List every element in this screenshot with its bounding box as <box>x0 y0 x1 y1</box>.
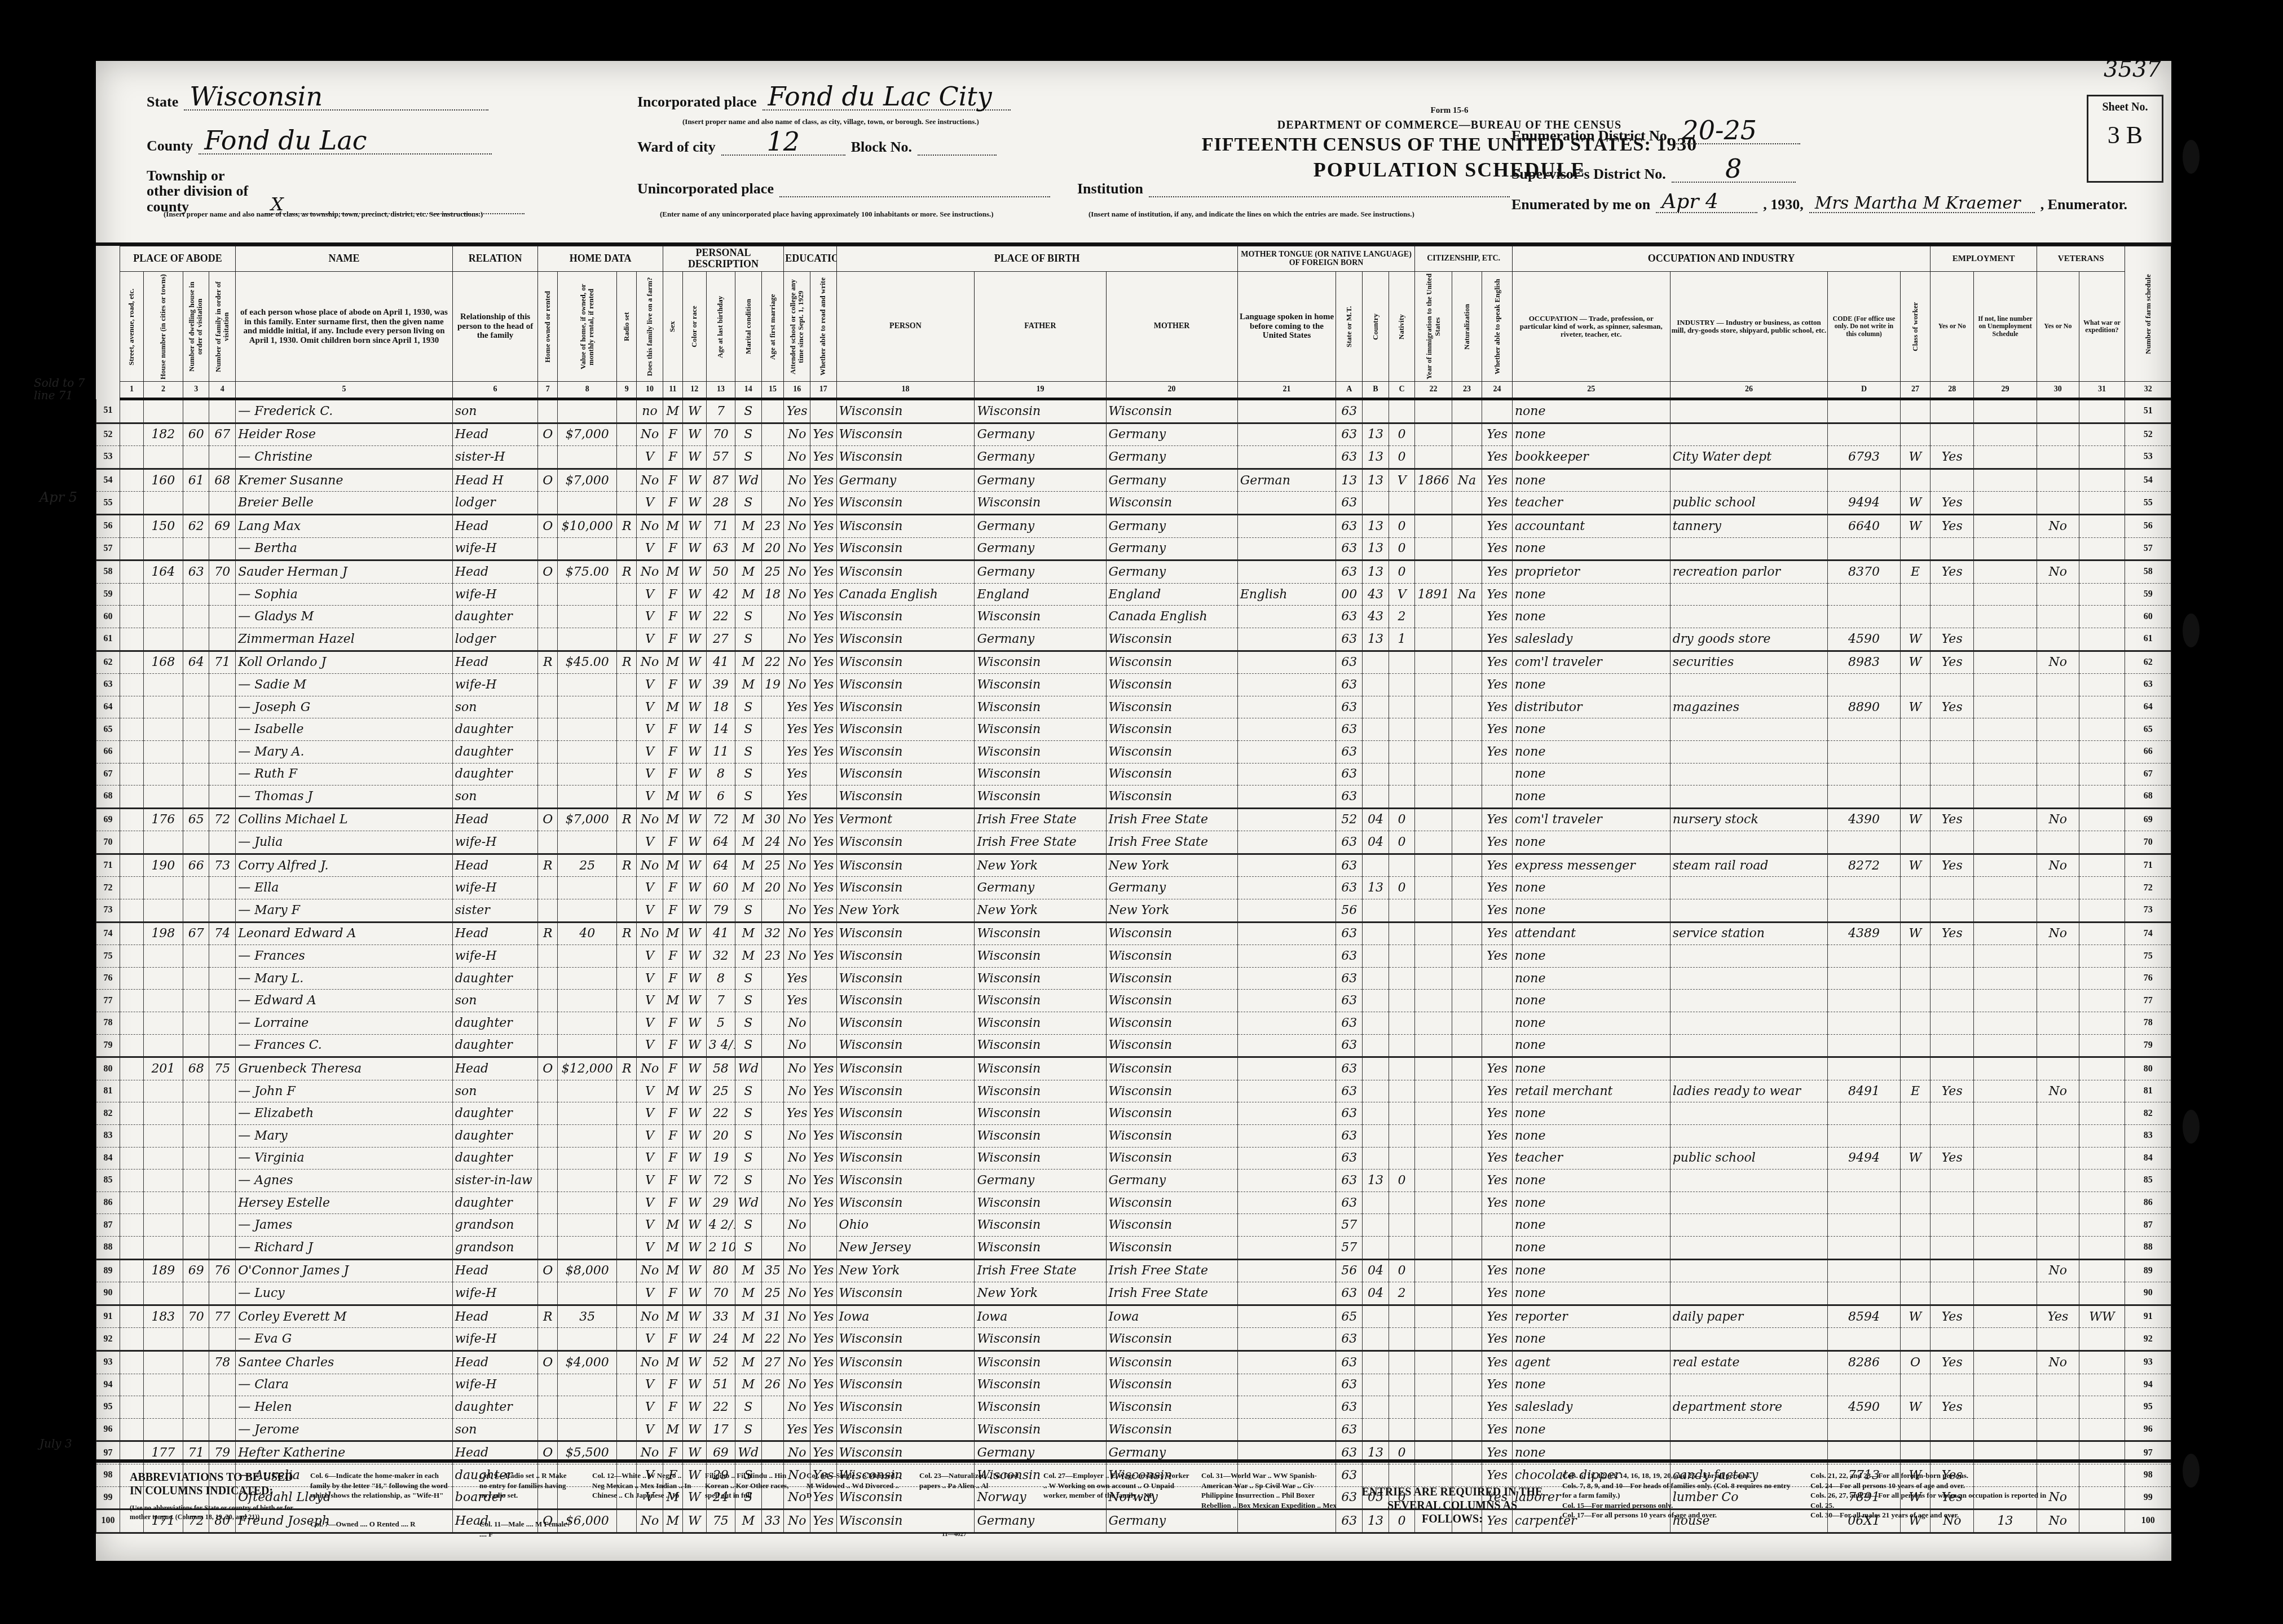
column-number: 13 <box>706 382 735 399</box>
marital-status: M <box>735 1282 762 1305</box>
attended-school: No <box>784 1259 810 1282</box>
group-citizenship: CITIZENSHIP, ETC. <box>1415 246 1512 272</box>
column-number: A <box>1336 382 1363 399</box>
age-first-marriage: 22 <box>761 651 784 674</box>
birthplace-father: Wisconsin <box>975 1034 1106 1057</box>
line-number: 51 <box>96 399 120 423</box>
relationship: son <box>452 990 538 1012</box>
age: 22 <box>706 1396 735 1419</box>
read-write: Yes <box>810 1147 836 1170</box>
occupation: none <box>1512 763 1670 785</box>
immigration-year <box>1415 399 1452 423</box>
war-expedition <box>2079 740 2125 763</box>
class-of-worker <box>1900 967 1931 990</box>
industry <box>1670 1374 1828 1396</box>
farm-schedule <box>120 446 143 469</box>
code-country: 04 <box>1363 1282 1389 1305</box>
industry: public school <box>1670 1147 1828 1170</box>
line-number: 55 <box>96 492 120 515</box>
column-number: 4 <box>209 382 236 399</box>
person-name: Breier Belle <box>236 492 453 515</box>
relationship: wife-H <box>452 537 538 561</box>
column-number: 32 <box>2125 382 2171 399</box>
home-value: $45.00 <box>558 651 617 674</box>
person-name: — Mary <box>236 1125 453 1148</box>
birthplace-person: Wisconsin <box>836 1282 975 1305</box>
mother-tongue <box>1237 492 1336 515</box>
birthplace-person: Wisconsin <box>836 537 975 561</box>
code-country <box>1363 696 1389 718</box>
person-name: Sauder Herman J <box>236 561 453 584</box>
class-of-worker <box>1900 1282 1931 1305</box>
person-name: — Agnes <box>236 1170 453 1192</box>
marital-status: S <box>735 492 762 515</box>
column-number: 6 <box>452 382 538 399</box>
birthplace-person: Wisconsin <box>836 877 975 899</box>
radio-set <box>617 1259 637 1282</box>
farm-residence: V <box>637 492 663 515</box>
code-state: 63 <box>1336 785 1363 809</box>
person-name: Corley Everett M <box>236 1305 453 1328</box>
color-race: W <box>682 1214 706 1237</box>
home-owned-rented <box>538 1012 558 1035</box>
code-nativity <box>1389 696 1415 718</box>
birthplace-father: Wisconsin <box>975 740 1106 763</box>
code-state: 63 <box>1336 990 1363 1012</box>
farm-residence: No <box>637 922 663 945</box>
mother-tongue <box>1237 1170 1336 1192</box>
attended-school: Yes <box>784 763 810 785</box>
radio-set <box>617 967 637 990</box>
marital-status: S <box>735 606 762 628</box>
house-number <box>143 1080 183 1102</box>
naturalization <box>1452 785 1482 809</box>
age-first-marriage: 19 <box>761 674 784 696</box>
birthplace-mother: Wisconsin <box>1106 1080 1237 1102</box>
occupation: saleslady <box>1512 628 1670 651</box>
header-col16: Attended school or college any time sinc… <box>784 272 810 382</box>
incorporated-label: Incorporated place <box>637 94 757 111</box>
unemployment-line <box>1974 831 2037 854</box>
occupation-code <box>1828 740 1900 763</box>
farm-residence: V <box>637 1102 663 1125</box>
dwelling-number <box>183 831 209 854</box>
radio-set <box>617 877 637 899</box>
birthplace-father: Wisconsin <box>975 967 1106 990</box>
industry <box>1670 674 1828 696</box>
code-nativity: V <box>1389 469 1415 492</box>
birthplace-mother: Wisconsin <box>1106 674 1237 696</box>
farm-schedule <box>120 561 143 584</box>
read-write: Yes <box>810 423 836 446</box>
farm-schedule <box>120 423 143 446</box>
code-state: 57 <box>1336 1214 1363 1237</box>
family-number: 72 <box>209 808 236 831</box>
age: 18 <box>706 696 735 718</box>
class-of-worker: W <box>1900 628 1931 651</box>
header-col26: INDUSTRY — Industry or business, as cott… <box>1670 272 1828 382</box>
class-of-worker <box>1900 877 1931 899</box>
naturalization <box>1452 854 1482 877</box>
class-of-worker: W <box>1900 808 1931 831</box>
code-nativity <box>1389 1080 1415 1102</box>
color-race: W <box>682 446 706 469</box>
speaks-english: Yes <box>1482 1351 1513 1374</box>
code-nativity: 0 <box>1389 1170 1415 1192</box>
veteran <box>2037 899 2079 923</box>
house-number: 198 <box>143 922 183 945</box>
birthplace-father: Wisconsin <box>975 1147 1106 1170</box>
line-number-right: 52 <box>2125 423 2171 446</box>
home-value <box>558 1147 617 1170</box>
home-value <box>558 537 617 561</box>
farm-residence: V <box>637 1125 663 1148</box>
code-country <box>1363 651 1389 674</box>
table-row: 68— Thomas JsonVMW6SYesWisconsinWisconsi… <box>96 785 2171 809</box>
code-state: 63 <box>1336 854 1363 877</box>
column-number: 9 <box>617 382 637 399</box>
entries-left: Cols. 6, 11, 12, 13, 14, 16, 18, 19, 20,… <box>1562 1471 1793 1520</box>
birthplace-person: Wisconsin <box>836 651 975 674</box>
at-work <box>1931 1034 1974 1057</box>
occupation-code: 6793 <box>1828 446 1900 469</box>
col23-abbrev: Col. 23—Naturalized .. Na First papers .… <box>919 1471 1026 1490</box>
industry <box>1670 967 1828 990</box>
code-nativity <box>1389 763 1415 785</box>
unemployment-line <box>1974 583 2037 606</box>
home-value <box>558 1012 617 1035</box>
read-write: Yes <box>810 514 836 537</box>
birthplace-father: Irish Free State <box>975 1259 1106 1282</box>
at-work: Yes <box>1931 1147 1974 1170</box>
header-col30: Yes or No <box>2037 272 2079 382</box>
birthplace-person: Wisconsin <box>836 1102 975 1125</box>
entries-rule-2: Cols. 7, 8, 9, and 10—For heads of famil… <box>1562 1481 1793 1501</box>
birthplace-mother: New York <box>1106 854 1237 877</box>
occupation: none <box>1512 1236 1670 1259</box>
war-expedition <box>2079 967 2125 990</box>
age: 63 <box>706 537 735 561</box>
age: 51 <box>706 1374 735 1396</box>
code-state: 63 <box>1336 1191 1363 1214</box>
occupation: none <box>1512 967 1670 990</box>
industry <box>1670 1034 1828 1057</box>
family-number <box>209 1147 236 1170</box>
industry: public school <box>1670 492 1828 515</box>
line-number: 56 <box>96 514 120 537</box>
home-value <box>558 1170 617 1192</box>
age-first-marriage <box>761 446 784 469</box>
occupation-code: 8983 <box>1828 651 1900 674</box>
age: 58 <box>706 1057 735 1080</box>
class-of-worker <box>1900 1259 1931 1282</box>
birthplace-person: Vermont <box>836 808 975 831</box>
farm-residence: V <box>637 1374 663 1396</box>
family-number <box>209 1191 236 1214</box>
immigration-year <box>1415 1305 1452 1328</box>
home-owned-rented <box>538 1102 558 1125</box>
relationship: Head <box>452 423 538 446</box>
industry: dry goods store <box>1670 628 1828 651</box>
radio-set <box>617 990 637 1012</box>
veteran <box>2037 990 2079 1012</box>
war-expedition <box>2079 446 2125 469</box>
family-number <box>209 1396 236 1419</box>
farm-schedule <box>120 492 143 515</box>
birthplace-person: Canada English <box>836 583 975 606</box>
header-col5: of each person whose place of abode on A… <box>236 272 453 382</box>
age: 2 10/12 <box>706 1236 735 1259</box>
naturalization <box>1452 1305 1482 1328</box>
unemployment-line <box>1974 990 2037 1012</box>
table-row: 88— Richard JgrandsonVMW2 10/12SNoNew Je… <box>96 1236 2171 1259</box>
home-owned-rented <box>538 1170 558 1192</box>
family-number <box>209 537 236 561</box>
birthplace-father: Wisconsin <box>975 1102 1106 1125</box>
column-number: 26 <box>1670 382 1828 399</box>
farm-residence: No <box>637 651 663 674</box>
sd-label: Supervisor's District No. <box>1511 166 1666 183</box>
marital-status: S <box>735 1236 762 1259</box>
code-nativity <box>1389 922 1415 945</box>
color-race: W <box>682 945 706 968</box>
relationship: daughter <box>452 1396 538 1419</box>
immigration-year <box>1415 1396 1452 1419</box>
code-nativity <box>1389 1214 1415 1237</box>
farm-schedule <box>120 651 143 674</box>
line-number-right: 90 <box>2125 1282 2171 1305</box>
age-first-marriage <box>761 423 784 446</box>
immigration-year <box>1415 718 1452 741</box>
veteran: No <box>2037 651 2079 674</box>
column-number: 16 <box>784 382 810 399</box>
age: 52 <box>706 1351 735 1374</box>
relationship: wife-H <box>452 1328 538 1351</box>
occupation-code <box>1828 899 1900 923</box>
group-home-data: HOME DATA <box>538 246 663 272</box>
speaks-english: Yes <box>1482 1328 1513 1351</box>
occupation-code: 8890 <box>1828 696 1900 718</box>
state-field: State Wisconsin <box>147 83 488 111</box>
home-value <box>558 785 617 809</box>
table-row: 95— HelendaughterVFW22SNoYesWisconsinWis… <box>96 1396 2171 1419</box>
unemployment-line <box>1974 606 2037 628</box>
page-stamp-number: 3537 <box>2104 56 2161 82</box>
unemployment-line <box>1974 1170 2037 1192</box>
immigration-year <box>1415 1374 1452 1396</box>
age-first-marriage <box>761 1396 784 1419</box>
color-race: W <box>682 785 706 809</box>
attended-school: No <box>784 1282 810 1305</box>
veteran <box>2037 628 2079 651</box>
occupation: none <box>1512 1214 1670 1237</box>
color-race: W <box>682 537 706 561</box>
home-value <box>558 492 617 515</box>
table-row: 73— Mary FsisterVFW79SNoYesNew YorkNew Y… <box>96 899 2171 923</box>
unemployment-line <box>1974 1034 2037 1057</box>
at-work <box>1931 945 1974 968</box>
code-state: 63 <box>1336 740 1363 763</box>
code-state: 63 <box>1336 537 1363 561</box>
home-owned-rented: O <box>538 423 558 446</box>
veteran <box>2037 1102 2079 1125</box>
color-race: W <box>682 1396 706 1419</box>
house-number <box>143 967 183 990</box>
code-nativity: 0 <box>1389 808 1415 831</box>
read-write <box>810 1012 836 1035</box>
naturalization <box>1452 1396 1482 1419</box>
immigration-year <box>1415 537 1452 561</box>
home-owned-rented: O <box>538 469 558 492</box>
dwelling-number <box>183 606 209 628</box>
occupation: teacher <box>1512 1147 1670 1170</box>
at-work <box>1931 1418 1974 1441</box>
age-first-marriage: 26 <box>761 1374 784 1396</box>
column-number: C <box>1389 382 1415 399</box>
read-write: Yes <box>810 877 836 899</box>
person-name: — Elizabeth <box>236 1102 453 1125</box>
unemployment-line <box>1974 469 2037 492</box>
birthplace-mother: Wisconsin <box>1106 1351 1237 1374</box>
speaks-english <box>1482 1214 1513 1237</box>
color-race: W <box>682 583 706 606</box>
attended-school: Yes <box>784 967 810 990</box>
home-value <box>558 696 617 718</box>
code-state: 63 <box>1336 1102 1363 1125</box>
table-row: 83— MarydaughterVFW20SNoYesWisconsinWisc… <box>96 1125 2171 1148</box>
family-number <box>209 967 236 990</box>
age-first-marriage: 25 <box>761 854 784 877</box>
column-number: 30 <box>2037 382 2079 399</box>
family-number <box>209 492 236 515</box>
sex: M <box>663 399 682 423</box>
header-col22: Year of immigration to the United States <box>1415 272 1452 382</box>
at-work <box>1931 1282 1974 1305</box>
column-number: 12 <box>682 382 706 399</box>
birthplace-person: Wisconsin <box>836 1191 975 1214</box>
unemployment-line <box>1974 399 2037 423</box>
attended-school: No <box>784 1012 810 1035</box>
read-write: Yes <box>810 606 836 628</box>
birthplace-father: Wisconsin <box>975 718 1106 741</box>
relationship: Head <box>452 1305 538 1328</box>
col27-abbrev: Col. 27—Employer .. E Wage or salary wor… <box>1043 1471 1190 1501</box>
home-value <box>558 899 617 923</box>
ed-value: 20-25 <box>1676 117 1800 144</box>
dwelling-number: 63 <box>183 561 209 584</box>
table-row: 94— Clarawife-HVFW51M26NoYesWisconsinWis… <box>96 1374 2171 1396</box>
header-col27: Class of worker <box>1900 272 1931 382</box>
attended-school: No <box>784 854 810 877</box>
birthplace-mother: Wisconsin <box>1106 1057 1237 1080</box>
attended-school: No <box>784 674 810 696</box>
farm-schedule <box>120 674 143 696</box>
attended-school: No <box>784 514 810 537</box>
home-value <box>558 1374 617 1396</box>
color-race: W <box>682 854 706 877</box>
entries-rule-5: Cols. 21, 22, and 23—For all foreign-bor… <box>1810 1471 2047 1481</box>
marital-status: S <box>735 1012 762 1035</box>
relationship: lodger <box>452 492 538 515</box>
age-first-marriage <box>761 763 784 785</box>
mother-tongue <box>1237 674 1336 696</box>
age-first-marriage: 22 <box>761 1328 784 1351</box>
table-row: 85— Agnessister-in-lawVFW72SNoYesWiscons… <box>96 1170 2171 1192</box>
family-number <box>209 1236 236 1259</box>
age: 57 <box>706 446 735 469</box>
speaks-english: Yes <box>1482 740 1513 763</box>
farm-residence: V <box>637 1396 663 1419</box>
at-work <box>1931 1214 1974 1237</box>
code-country <box>1363 740 1389 763</box>
dwelling-number <box>183 1080 209 1102</box>
group-relation: RELATION <box>452 246 538 272</box>
code-country: 13 <box>1363 537 1389 561</box>
mother-tongue <box>1237 1080 1336 1102</box>
birthplace-person: Wisconsin <box>836 1328 975 1351</box>
line-number-right: 59 <box>2125 583 2171 606</box>
industry: ladies ready to wear <box>1670 1080 1828 1102</box>
age: 8 <box>706 763 735 785</box>
age: 64 <box>706 854 735 877</box>
immigration-year <box>1415 561 1452 584</box>
immigration-year <box>1415 990 1452 1012</box>
family-number <box>209 899 236 923</box>
speaks-english: Yes <box>1482 1125 1513 1148</box>
line-number: 87 <box>96 1214 120 1237</box>
line-number: 91 <box>96 1305 120 1328</box>
code-state: 63 <box>1336 1396 1363 1419</box>
line-number-right: 96 <box>2125 1418 2171 1441</box>
birthplace-person: Wisconsin <box>836 1170 975 1192</box>
birthplace-mother: Wisconsin <box>1106 1034 1237 1057</box>
abbreviations-note: (Use no abbreviations for State or count… <box>130 1503 293 1521</box>
birthplace-mother: Wisconsin <box>1106 399 1237 423</box>
code-nativity <box>1389 854 1415 877</box>
code-country: 04 <box>1363 1259 1389 1282</box>
person-name: — Mary F <box>236 899 453 923</box>
code-nativity <box>1389 1236 1415 1259</box>
sex: F <box>663 1396 682 1419</box>
home-value <box>558 1396 617 1419</box>
family-number: 71 <box>209 651 236 674</box>
unemployment-line <box>1974 561 2037 584</box>
code-state: 63 <box>1336 1328 1363 1351</box>
line-number-right: 92 <box>2125 1328 2171 1351</box>
township-field: Township or other division of county X <box>147 168 525 214</box>
code-country: 43 <box>1363 583 1389 606</box>
sex: M <box>663 1259 682 1282</box>
birthplace-person: Wisconsin <box>836 1012 975 1035</box>
institution-value <box>1149 196 1510 197</box>
veteran: No <box>2037 854 2079 877</box>
person-name: — Frederick C. <box>236 399 453 423</box>
immigration-year <box>1415 1057 1452 1080</box>
line-number: 54 <box>96 469 120 492</box>
war-expedition <box>2079 877 2125 899</box>
veteran <box>2037 399 2079 423</box>
class-of-worker: W <box>1900 514 1931 537</box>
farm-residence: V <box>637 1012 663 1035</box>
family-number <box>209 1214 236 1237</box>
birthplace-mother: Wisconsin <box>1106 922 1237 945</box>
age-first-marriage <box>761 1057 784 1080</box>
speaks-english <box>1482 1012 1513 1035</box>
at-work: Yes <box>1931 628 1974 651</box>
read-write: Yes <box>810 469 836 492</box>
house-number <box>143 1147 183 1170</box>
age: 11 <box>706 740 735 763</box>
